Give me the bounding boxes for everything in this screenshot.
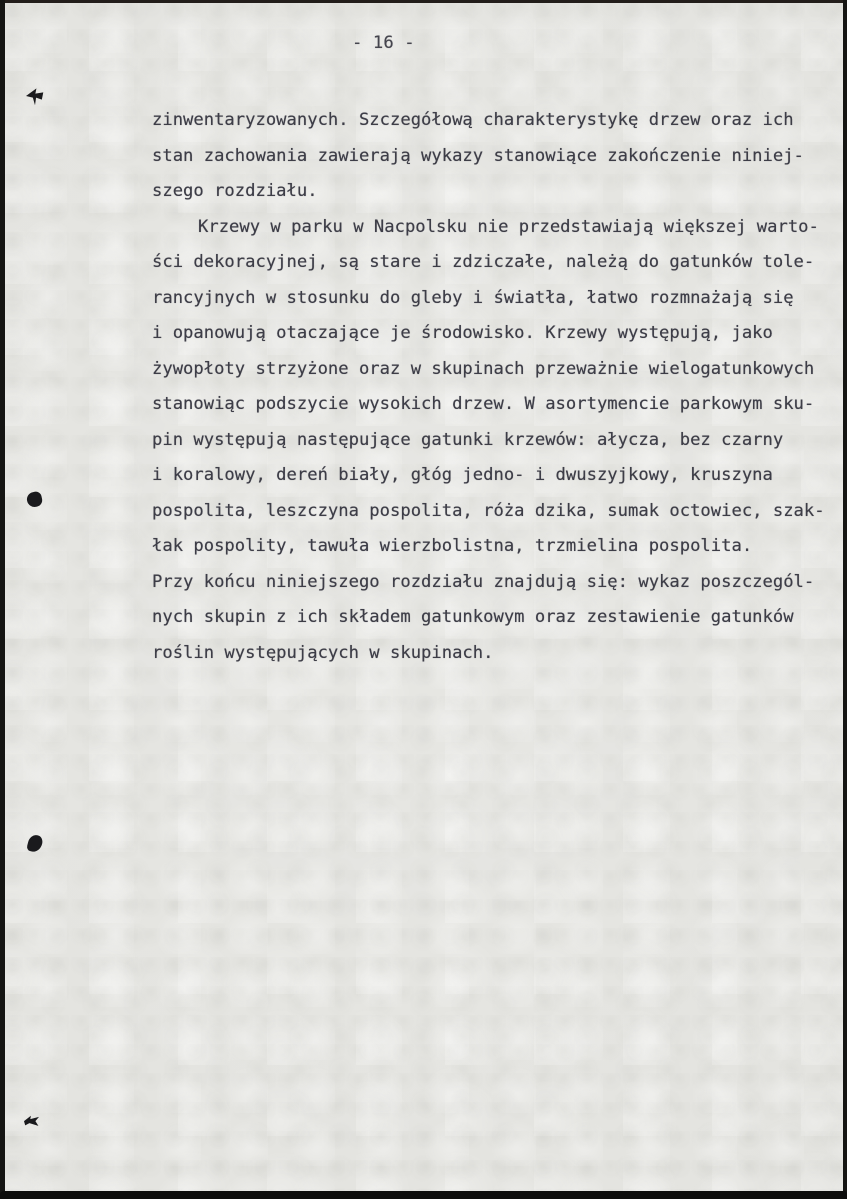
text-line-paragraph-start: Krzewy w parku w Nacpolsku nie przedstaw…: [152, 210, 824, 246]
text-line: pin występują następujące gatunki krzewó…: [152, 423, 824, 459]
text-line: roślin występujących w skupinach.: [152, 636, 824, 672]
text-line: i opanowują otaczające je środowisko. Kr…: [152, 316, 824, 352]
text-line: ści dekoracyjnej, są stare i zdziczałe, …: [152, 245, 824, 281]
punch-mark-icon: [26, 834, 44, 854]
text-line: stan zachowania zawierają wykazy stanowi…: [152, 139, 824, 175]
text-line: żywopłoty strzyżone oraz w skupinach prz…: [152, 352, 824, 388]
text-line: łak pospolity, tawuła wierzbolistna, trz…: [152, 529, 824, 565]
text-line: rancyjnych w stosunku do gleby i światła…: [152, 281, 824, 317]
scan-edge-bottom: [0, 1191, 847, 1199]
punch-mark-icon: [26, 86, 44, 106]
scan-edge-right: [843, 0, 847, 1199]
scanned-page: - 16 - zinwentaryzowanych. Szczegółową c…: [0, 0, 847, 1199]
text-line: Przy końcu niniejszego rozdziału znajduj…: [152, 565, 824, 601]
page-number: - 16 -: [352, 33, 415, 53]
text-line: zinwentaryzowanych. Szczegółową charakte…: [152, 103, 824, 139]
text-line: pospolita, leszczyna pospolita, róża dzi…: [152, 494, 824, 530]
scan-edge-top: [0, 0, 847, 3]
scan-edge-left: [0, 0, 5, 1199]
text-line: szego rozdziału.: [152, 174, 824, 210]
punch-mark-icon: [26, 491, 44, 509]
typewritten-text-block: zinwentaryzowanych. Szczegółową charakte…: [152, 103, 824, 671]
punch-mark-icon: [24, 1113, 39, 1127]
text-line: nych skupin z ich składem gatunkowym ora…: [152, 600, 824, 636]
text-line: stanowiąc podszycie wysokich drzew. W as…: [152, 387, 824, 423]
text-line: i koralowy, dereń biały, głóg jedno- i d…: [152, 458, 824, 494]
